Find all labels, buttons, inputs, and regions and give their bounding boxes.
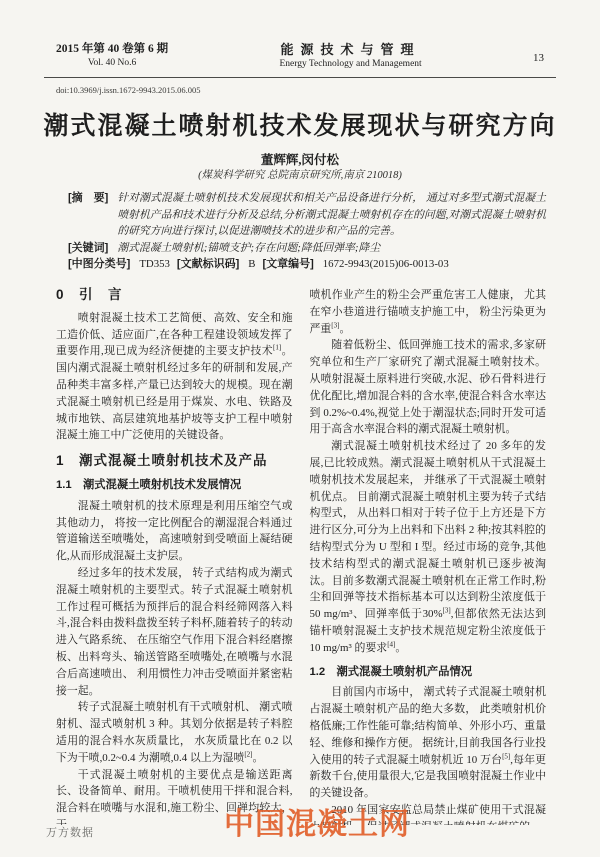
- wanfang-data-mark: 万方数据: [46, 824, 94, 840]
- section-heading-1-1: 1.1 潮式混凝土喷射机技术发展情况: [56, 477, 293, 494]
- front-matter: [摘 要] 针对潮式混凝土喷射机技术发展现状和相关产品设备进行分析， 通过对多型…: [68, 190, 546, 273]
- header-rule: [44, 77, 556, 78]
- article-no-value: 1672-9943(2015)06-0013-03: [323, 256, 449, 273]
- site-watermark: 中国混凝土网: [224, 799, 410, 843]
- abstract-label: [摘 要]: [68, 190, 108, 207]
- article-no-label: [文章编号]: [262, 256, 313, 273]
- doi-line: doi:10.3969/j.issn.1672-9943.2015.06.005: [56, 85, 201, 95]
- section-heading-1: 1 潮式混凝土喷射机技术及产品: [56, 453, 293, 470]
- paragraph: 转子式混凝土喷射机有干式喷射机、 潮式喷射机、湿式喷射机 3 种。其划分依据是转…: [56, 699, 293, 766]
- doc-code-label: [文献标识码]: [177, 256, 239, 273]
- abstract-text: 针对潮式混凝土喷射机技术发展现状和相关产品设备进行分析， 通过对多型式潮式混凝土…: [117, 190, 546, 240]
- section-heading-0: 0 引 言: [56, 287, 293, 304]
- issue-line-cn: 2015 年第 40 卷第 6 期: [56, 42, 168, 56]
- journal-title-block: 能源技术与管理 Energy Technology and Management: [279, 42, 421, 72]
- left-column: 0 引 言 喷射混凝土技术工艺简便、高效、安全和施工造价低、适应面广,在各种工程…: [56, 287, 293, 825]
- section-heading-1-2: 1.2 潮式混凝土喷射机产品情况: [310, 664, 547, 681]
- right-column: 喷机作业产生的粉尘会严重危害工人健康， 尤其在窄小巷道进行锚喷支护施工中， 粉尘…: [310, 287, 547, 825]
- journal-page: 2015 年第 40 卷第 6 期 Vol. 40 No.6 能源技术与管理 E…: [0, 0, 600, 857]
- abstract-row: [摘 要] 针对潮式混凝土喷射机技术发展现状和相关产品设备进行分析， 通过对多型…: [68, 190, 546, 240]
- clc-label: [中图分类号]: [68, 256, 130, 273]
- journal-title-cn: 能源技术与管理: [279, 42, 421, 57]
- paragraph: 随着低粉尘、低回弹施工技术的需求,多家研究单位和生产厂家研究了潮式混凝土喷射技术…: [310, 337, 547, 438]
- journal-title-en: Energy Technology and Management: [279, 57, 421, 72]
- article-body: 0 引 言 喷射混凝土技术工艺简便、高效、安全和施工造价低、适应面广,在各种工程…: [56, 287, 546, 825]
- doc-code-value: B: [248, 256, 255, 273]
- paragraph: 潮式混凝土喷射机技术经过了 20 多年的发展,已比较成熟。潮式混凝土喷射机从干式…: [310, 438, 547, 656]
- issue-line-en: Vol. 40 No.6: [56, 56, 168, 70]
- paragraph: 经过多年的技术发展， 转子式结构成为潮式混凝土喷射机的主要型式。转子式混凝土喷射…: [56, 565, 293, 699]
- classification-row: [中图分类号] TD353 [文献标识码] B [文章编号] 1672-9943…: [68, 256, 546, 273]
- paragraph: 目前国内市场中， 潮式转子式混凝土喷射机占混凝土喷射机产品的绝大多数， 此类喷射…: [310, 684, 547, 802]
- affiliation: (煤炭科学研究 总院南京研究所,南京 210018): [0, 167, 600, 182]
- keywords-row: [关键词] 潮式混凝土喷射机;锚喷支护;存在问题;降低回弹率;降尘: [68, 240, 546, 257]
- issue-block: 2015 年第 40 卷第 6 期 Vol. 40 No.6: [56, 42, 168, 70]
- clc-value: TD353: [139, 256, 170, 273]
- author-names: 董辉辉,闵付松: [0, 150, 600, 168]
- article-title: 潮式混凝土喷射机技术发展现状与研究方向: [0, 106, 600, 142]
- page-number: 13: [533, 42, 544, 64]
- paragraph: 混凝土喷射机的技术原理是利用压缩空气或其他动力， 将按一定比例配合的潮湿混合料通…: [56, 498, 293, 565]
- keywords-text: 潮式混凝土喷射机;锚喷支护;存在问题;降低回弹率;降尘: [117, 240, 546, 257]
- paragraph: 喷机作业产生的粉尘会严重危害工人健康， 尤其在窄小巷道进行锚喷支护施工中， 粉尘…: [310, 287, 547, 337]
- keywords-label: [关键词]: [68, 240, 108, 257]
- paragraph: 喷射混凝土技术工艺简便、高效、安全和施工造价低、适应面广,在各种工程建设领域发挥…: [56, 310, 293, 444]
- page-header: 2015 年第 40 卷第 6 期 Vol. 40 No.6 能源技术与管理 E…: [56, 42, 544, 72]
